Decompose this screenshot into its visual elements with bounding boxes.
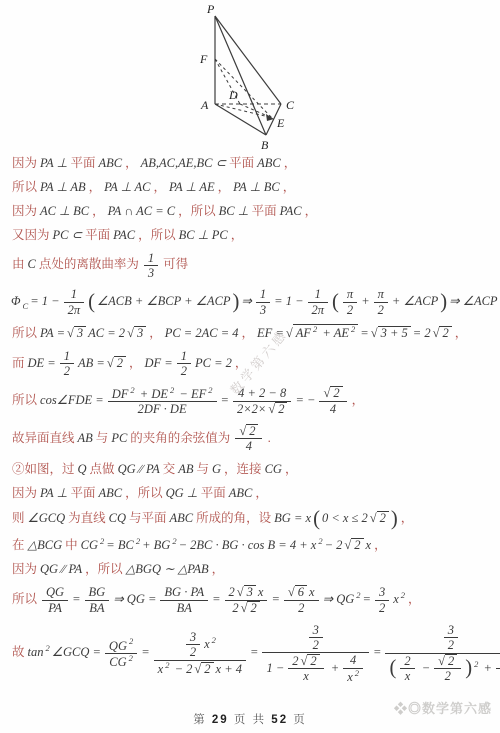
math-text: 1 — [180, 349, 188, 363]
chinese-text: ， — [127, 356, 144, 370]
math-text: + AE — [318, 326, 350, 340]
math-text: 0 < x ≤ 2 — [321, 511, 369, 525]
math-text: = — [71, 592, 81, 606]
text-line: 由C点处的离散曲率为13可得 — [10, 251, 490, 281]
fraction-denominator: 4 — [319, 402, 346, 416]
chinese-text: 由 — [10, 257, 27, 271]
math-text: ⇒ ∠ACP = — [448, 294, 500, 308]
superscript: 2 — [211, 635, 217, 645]
math-text: 2 — [353, 538, 361, 552]
fraction-denominator: 2π — [64, 303, 85, 317]
math-text: DF = — [143, 356, 173, 370]
fraction: 32 — [375, 585, 389, 615]
radicand: 2 — [377, 511, 389, 526]
math-text: 3 — [136, 326, 144, 340]
chinese-text: ，所以 — [123, 486, 165, 500]
vertex-label-C: C — [286, 98, 295, 112]
math-text: G — [211, 462, 222, 476]
math-text: BA — [176, 601, 193, 615]
fraction: √24 — [319, 386, 346, 416]
chinese-text: ， — [283, 462, 300, 476]
math-text: 2 — [447, 638, 455, 652]
text-line: 因为AC ⊥ BC，PA ∩ AC = C，所以BC ⊥平面PAC， — [10, 203, 490, 220]
superscript: 2 — [129, 385, 135, 395]
radical-sign: √ — [370, 511, 377, 525]
square-root: √2 — [322, 386, 343, 400]
math-text: ∠GCQ = — [51, 645, 102, 659]
math-text: = — [359, 326, 369, 340]
fraction-numerator: BG — [85, 585, 110, 600]
math-text: PA ⊥ — [39, 486, 68, 500]
math-text: ABC — [228, 486, 254, 500]
math-text: 2 — [379, 511, 387, 525]
math-text: x — [404, 669, 412, 683]
math-text: CQ — [108, 511, 127, 525]
chinese-text: ， — [123, 156, 140, 170]
fraction-numerator: 1 — [64, 287, 85, 302]
math-text: 2π — [67, 303, 82, 317]
chinese-text: 所以 — [10, 592, 39, 606]
superscript: 2 — [45, 643, 51, 653]
big-paren: ( — [388, 657, 397, 679]
math-text: 2 — [180, 364, 188, 378]
math-text: 2 — [444, 669, 452, 683]
math-text: ∠ACB + ∠BCP + ∠ACP — [96, 294, 232, 308]
math-text: PA ∩ AC = C — [107, 204, 176, 218]
big-paren: ) — [464, 657, 473, 679]
math-text: = — [211, 592, 221, 606]
math-text: ⇒ — [240, 294, 252, 308]
math-text: 1 — [147, 251, 155, 265]
math-text: 1 — [63, 349, 71, 363]
superscript: 2 — [128, 636, 134, 646]
math-text: x — [257, 585, 265, 599]
fraction: 32 — [444, 623, 458, 653]
document-page: P F A D C E B 数学第六感 因为PA ⊥平面ABC，AB,AC,AE… — [0, 0, 500, 733]
math-text: AB — [177, 462, 194, 476]
chinese-text: 所以 — [10, 393, 39, 407]
chinese-text: ， — [372, 538, 389, 552]
chinese-text: ，连接 — [222, 462, 264, 476]
math-text: PA = — [39, 326, 66, 340]
math-text: 2 — [248, 424, 256, 438]
math-text: 2 — [312, 638, 320, 652]
fraction-denominator: 2 — [309, 638, 323, 652]
footer-total-pages: 52 — [271, 714, 288, 726]
fraction-denominator: 3 — [256, 303, 270, 317]
fraction: 32 — [186, 630, 200, 660]
math-text: C — [27, 257, 37, 271]
chinese-text: ， — [406, 592, 423, 606]
radical-sign: √ — [194, 662, 201, 676]
math-text: Φ — [10, 294, 22, 308]
chinese-text: 则 — [10, 511, 27, 525]
fraction-denominator: PA — [42, 601, 68, 615]
fraction: BGBA — [85, 585, 110, 615]
square-root: √2 — [432, 326, 453, 340]
math-text: CG — [108, 655, 127, 669]
square-root: √2 — [240, 601, 261, 615]
square-root: √2 — [238, 424, 259, 438]
math-text: BG = x — [273, 511, 312, 525]
fraction-denominator: 2 — [343, 303, 357, 317]
fraction-denominator: BA — [85, 601, 110, 615]
text-line: 又因为PC ⊂平面PAC，所以BC ⊥ PC， — [10, 227, 490, 244]
chinese-text: 与 — [94, 431, 111, 445]
math-text: − 2 — [170, 662, 193, 676]
radical-sign: √ — [288, 585, 295, 599]
chinese-text: 所以 — [10, 180, 39, 194]
math-text: = 1 − — [273, 294, 304, 308]
fraction: 13 — [144, 251, 158, 281]
math-text: 4 — [245, 439, 253, 453]
math-text: CG — [264, 462, 283, 476]
superscript: 2 — [354, 668, 360, 678]
math-text: Q — [77, 462, 88, 476]
chinese-text: . — [265, 431, 272, 445]
radical-sign: √ — [438, 654, 445, 668]
text-line: 故异面直线AB与PC的夹角的余弦值为√24. — [10, 424, 490, 454]
math-text: 3 — [147, 266, 155, 280]
chinese-text: ， — [253, 486, 270, 500]
square-root: √2 — [300, 654, 321, 668]
fraction: QGPA — [42, 585, 68, 615]
vertex-label-F: F — [199, 52, 208, 66]
square-root: √2 — [369, 511, 390, 525]
square-root: √3 — [66, 326, 87, 340]
fraction-numerator: √6x — [284, 585, 319, 601]
radicand: 3 — [134, 326, 146, 341]
fraction-denominator: 2 — [444, 638, 458, 652]
fraction: 321 −2√2x +4x2 — [262, 623, 369, 685]
vertex-label-A: A — [200, 98, 209, 112]
fraction-denominator: 2 — [374, 303, 388, 317]
fraction-numerator: √2 — [319, 386, 346, 402]
math-text: QG ∕∕ PA — [117, 462, 161, 476]
math-text: + ∠ACP — [391, 294, 439, 308]
math-text: x — [346, 670, 354, 684]
square-root: √3 — [236, 585, 257, 599]
chinese-text: ， — [151, 180, 168, 194]
fraction: 2√2x — [288, 654, 323, 684]
chinese-text: 而 — [10, 356, 27, 370]
fraction: √6x2 — [284, 585, 319, 615]
chinese-text: ，所以 — [83, 562, 125, 576]
square-root: √6 — [287, 585, 308, 599]
fraction: 2√3x2√2 — [225, 585, 268, 616]
radicand: 2 — [247, 601, 259, 616]
fraction-denominator: 2DF · DE — [108, 402, 217, 416]
chinese-text: 与 — [195, 462, 212, 476]
math-text: PA ⊥ BC — [232, 180, 281, 194]
math-text: PC ⊂ — [52, 228, 84, 242]
edge-PC — [215, 16, 281, 104]
fraction: 12 — [496, 654, 500, 684]
superscript: 2 — [171, 536, 177, 546]
chinese-text: ， — [240, 326, 257, 340]
math-text: 3 — [246, 585, 254, 599]
math-text: = — [140, 645, 150, 659]
chinese-text: ， — [399, 511, 416, 525]
math-text: tan — [27, 645, 45, 659]
math-text: 2 — [378, 601, 386, 615]
math-text: △BCG — [27, 538, 64, 552]
fraction-numerator: 1 — [308, 287, 329, 302]
math-text: = — [249, 645, 259, 659]
math-text: 2 — [346, 303, 354, 317]
big-paren: ( — [312, 508, 321, 530]
text-line: 所以QGPA=BGBA⇒ QG =BG · PABA=2√3x2√2=√6x2⇒… — [10, 585, 490, 616]
math-text: − 2BC · BG · cos B = 4 + x — [178, 538, 318, 552]
chinese-text: ， — [233, 356, 250, 370]
fraction-denominator: 2π — [308, 303, 329, 317]
square-root: √2 — [267, 402, 288, 416]
fraction-denominator: 2√2 — [225, 601, 268, 616]
fraction: 13 — [256, 287, 270, 317]
fraction-numerator: QG — [42, 585, 68, 600]
math-text: △BGQ ∼ △PAB — [125, 562, 210, 576]
math-text: π — [346, 287, 354, 301]
fraction: √24 — [235, 424, 262, 454]
square-root: √2 — [106, 356, 127, 370]
math-text: BA — [88, 601, 105, 615]
math-text: QG — [108, 639, 128, 653]
big-paren: ( — [331, 291, 340, 313]
math-text: PC = 2AC = 4 — [164, 326, 240, 340]
math-text: 3 — [259, 303, 267, 317]
square-root: √2 — [437, 654, 458, 668]
math-text: 2 — [249, 601, 257, 615]
footer-prefix: 第 — [193, 714, 207, 726]
fraction: π2 — [374, 287, 388, 317]
math-text: 3 — [189, 630, 197, 644]
chinese-text: 所成的角，设 — [194, 511, 273, 525]
chinese-text: 平面 — [199, 486, 228, 500]
math-text: 3 — [378, 585, 386, 599]
fraction: 32x2x2 − 2√2x + 4 — [154, 630, 246, 677]
math-text: BC ⊥ PC — [178, 228, 229, 242]
superscript: 2 — [317, 536, 323, 546]
fraction: 12π — [64, 287, 85, 317]
chinese-text: 平面 — [83, 228, 112, 242]
math-text: BG · PA — [163, 585, 205, 599]
chinese-text: ， — [282, 156, 299, 170]
math-text: 2 — [116, 356, 124, 370]
math-text: ABC — [97, 156, 123, 170]
math-text: PC = 2 — [194, 356, 233, 370]
math-text: = — [270, 592, 280, 606]
fraction-numerator: 4 — [343, 653, 363, 668]
chinese-text: 为直线 — [66, 511, 108, 525]
square-root: √3 + 5 — [370, 326, 412, 340]
math-text: 2 — [63, 364, 71, 378]
edge-PB — [215, 16, 266, 135]
footer-middle: 页 共 — [234, 714, 266, 726]
chinese-text: 交 — [161, 462, 178, 476]
math-text: 2 — [297, 601, 305, 615]
fraction-denominator: x — [288, 669, 323, 683]
math-text: 3 — [76, 326, 84, 340]
math-text: = — [362, 592, 372, 606]
math-text: 3 — [312, 623, 320, 637]
fraction: 12 — [60, 349, 74, 379]
math-text: DF — [111, 387, 130, 401]
math-text: − EF — [175, 387, 207, 401]
fraction-denominator: 3 — [144, 266, 158, 280]
fraction-numerator: 1 — [177, 349, 191, 364]
math-text: ABC — [97, 486, 123, 500]
math-text: ∠GCQ — [27, 511, 67, 525]
edge-AE-dashed — [215, 104, 269, 117]
math-text: 2 — [203, 662, 211, 676]
math-text: AF — [295, 326, 312, 340]
math-text: EF = — [256, 326, 285, 340]
vertex-label-P: P — [206, 2, 215, 16]
fraction-denominator: 2 — [375, 601, 389, 615]
fraction: QG2CG2 — [105, 637, 137, 669]
fraction-numerator: 2√2 — [288, 654, 323, 670]
math-text: 4 + 2 − 8 — [237, 386, 287, 400]
radicand: 2 — [330, 386, 342, 401]
chinese-text: ， — [147, 326, 164, 340]
radical-sign: √ — [301, 654, 308, 668]
math-text: = BC — [105, 538, 135, 552]
chinese-text: 平面 — [250, 204, 279, 218]
fraction-denominator: CG2 — [105, 654, 137, 670]
vertex-label-D: D — [228, 88, 238, 102]
fraction-denominator: x2 — [343, 669, 363, 685]
radicand: 2 — [445, 654, 457, 669]
text-line: ΦC= 1 −12π(∠ACB + ∠BCP + ∠ACP)⇒13= 1 −12… — [10, 287, 490, 317]
fraction: √22 — [434, 654, 461, 684]
math-text: 4 — [329, 402, 337, 416]
superscript: 2 — [355, 590, 361, 600]
math-text: 2 — [291, 654, 299, 668]
math-text: x + 4 — [215, 662, 243, 676]
math-text: cos∠FDE = — [39, 393, 105, 407]
chinese-text: 故 — [10, 645, 27, 659]
math-text: PAC — [279, 204, 303, 218]
text-line: ②如图，过Q点做QG ∕∕ PA交AB与G，连接CG， — [10, 461, 490, 478]
radical-sign: √ — [67, 326, 74, 340]
math-text: = 2 — [412, 326, 432, 340]
chinese-text: ，所以 — [136, 228, 178, 242]
radical-sign: √ — [241, 601, 248, 615]
math-text: 2 — [277, 402, 285, 416]
math-text: 2 — [332, 386, 340, 400]
chinese-text: ， — [87, 180, 104, 194]
chinese-text: 因为 — [10, 156, 39, 170]
math-text: AB = — [77, 356, 106, 370]
math-text: = 1 − — [29, 294, 60, 308]
math-text: x — [365, 538, 373, 552]
big-paren: ( — [87, 291, 96, 313]
chinese-text: 所以 — [10, 326, 39, 340]
fraction: 2x — [400, 654, 414, 684]
math-text: π — [377, 287, 385, 301]
fraction: 12π — [308, 287, 329, 317]
fraction-numerator: 2√3x — [225, 585, 268, 601]
chinese-text: 因为 — [10, 204, 39, 218]
fraction: 12 — [177, 349, 191, 379]
math-text: x — [308, 585, 316, 599]
fraction-numerator: QG2 — [105, 637, 137, 654]
fraction: 4 + 2 − 82×2×√2 — [233, 386, 292, 416]
text-line: 在△BCG中CG2= BC2+ BG2− 2BC · BG · cos B = … — [10, 536, 490, 554]
text-line: 所以PA =√3AC = 2√3，PC = 2AC = 4，EF =√AF2 +… — [10, 324, 490, 342]
math-text: PA ⊥ — [39, 156, 68, 170]
radical-sign: √ — [127, 326, 134, 340]
big-paren: ) — [439, 291, 448, 313]
math-text: x — [203, 637, 211, 651]
edge-AB — [215, 104, 266, 135]
radicand: 2 — [275, 402, 287, 417]
math-text: 1 — [70, 287, 78, 301]
math-text: AC = 2 — [87, 326, 126, 340]
math-text: PAC — [112, 228, 136, 242]
chinese-text: ，所以 — [176, 204, 218, 218]
fraction-denominator: 2 — [284, 601, 319, 615]
radical-sign: √ — [433, 326, 440, 340]
chinese-text: ②如图，过 — [10, 462, 77, 476]
fraction-numerator: 32 — [262, 623, 369, 654]
radical-sign: √ — [371, 326, 378, 340]
math-text: 2×2× — [236, 402, 267, 416]
chinese-text: 故异面直线 — [10, 431, 77, 445]
fraction-numerator: 2 — [400, 654, 414, 669]
fraction-numerator: 3 — [444, 623, 458, 638]
math-text: 6 — [297, 585, 305, 599]
text-line: 因为PA ⊥平面ABC，AB,AC,AE,BC ⊂平面ABC， — [10, 155, 490, 172]
fraction-denominator: 2 — [186, 645, 200, 659]
chinese-text: 的夹角的余弦值为 — [128, 431, 232, 445]
tetrahedron-diagram: P F A D C E B — [165, 2, 335, 150]
chinese-text: ， — [216, 180, 233, 194]
radicand: 2 — [246, 424, 258, 439]
math-text: 3 — [447, 623, 455, 637]
chinese-text: ， — [210, 562, 227, 576]
chinese-text: 在 — [10, 538, 27, 552]
fraction-numerator: 1 — [496, 654, 500, 669]
chinese-text: ， — [303, 204, 320, 218]
radicand: 3 + 5 — [378, 326, 411, 341]
math-text: BC ⊥ — [218, 204, 250, 218]
radicand: AF2 + AE2 — [293, 324, 359, 341]
math-text: AB,AC,AE,BC ⊂ — [140, 156, 227, 170]
fraction-denominator: x — [400, 669, 414, 683]
fraction-numerator: 1 — [60, 349, 74, 364]
fraction-denominator: 2 — [177, 364, 191, 378]
radicand: 2 — [307, 654, 319, 669]
math-text: ABC — [169, 511, 195, 525]
chinese-text: 平面 — [68, 486, 97, 500]
math-text: − — [418, 661, 432, 675]
fraction-numerator: 1 — [256, 287, 270, 302]
fraction-denominator: 1 −2√2x +4x2 — [262, 653, 369, 684]
math-text: QG ⊥ — [165, 486, 199, 500]
math-text: 1 − — [265, 661, 285, 675]
fraction-numerator: 32x2 — [154, 630, 246, 661]
fraction-numerator: 1 — [144, 251, 158, 266]
math-text: QG ∕∕ PA — [39, 562, 83, 576]
math-text: 1 — [314, 287, 322, 301]
math-text: = — [372, 645, 382, 659]
vertex-label-E: E — [276, 116, 285, 130]
math-text: PA ⊥ AC — [103, 180, 151, 194]
radical-sign: √ — [239, 424, 246, 438]
math-text: ABC — [256, 156, 282, 170]
fraction-numerator: 32 — [385, 623, 500, 654]
